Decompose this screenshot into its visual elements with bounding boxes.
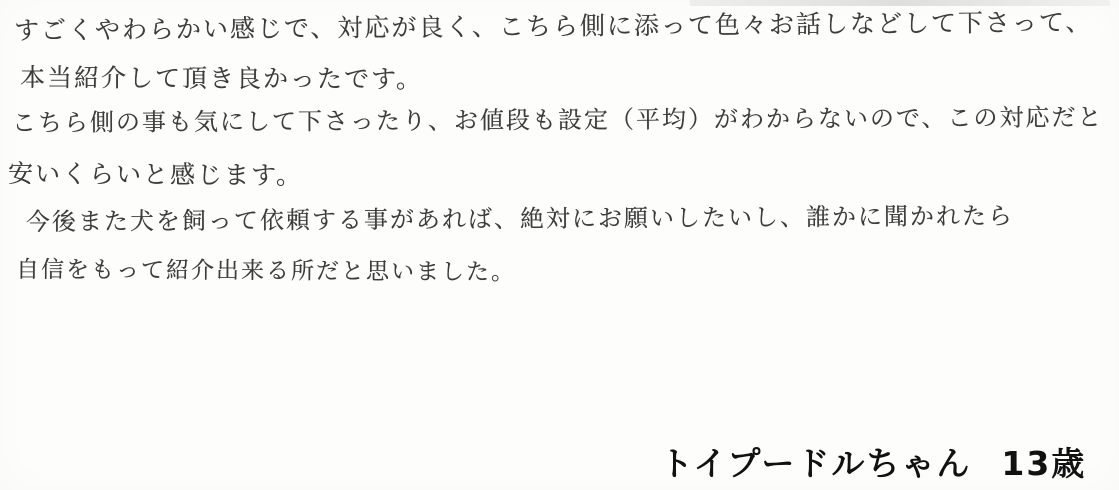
handwritten-line-1: すごくやわらかい感じで、対応が良く、こちら側に添って色々お話しなどして下さって、 xyxy=(14,8,1093,46)
handwritten-line-4: 安いくらいと感じます。 xyxy=(8,159,303,191)
pet-caption: トイプードルちゃん13歳 xyxy=(660,438,1086,485)
handwritten-line-2: 本当紹介して頂き良かったです。 xyxy=(20,63,423,95)
handwritten-line-5: 今後また犬を飼って依頼する事があれば、絶対にお願いしたいし、誰かに聞かれたら xyxy=(26,202,1014,237)
pet-name: トイプードルちゃん xyxy=(660,444,971,483)
handwritten-line-6: 自信をもって紹介出来る所だと思いました。 xyxy=(16,257,516,287)
pet-age: 13歳 xyxy=(1001,444,1086,483)
scan-artifact xyxy=(690,0,1110,6)
handwritten-line-3: こちら側の事も気にして下さったり、お値段も設定（平均）がわからないので、この対応… xyxy=(12,103,1104,138)
scanned-testimonial-page: すごくやわらかい感じで、対応が良く、こちら側に添って色々お話しなどして下さって、… xyxy=(0,0,1119,490)
